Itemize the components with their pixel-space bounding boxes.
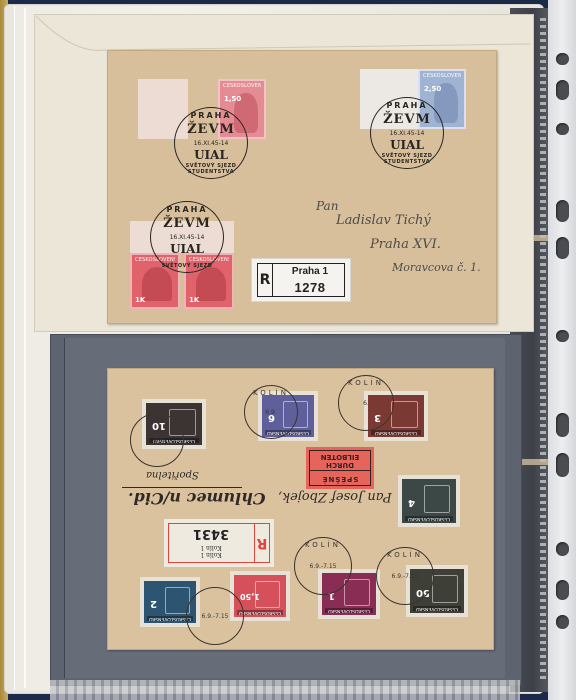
postmark-date: 16.XI.45-14	[151, 234, 223, 241]
stamp-value: 2,50	[424, 85, 441, 93]
punch-hole	[556, 53, 569, 65]
stamp-country: ČESKOSLOVENSKO	[325, 608, 373, 613]
postmark-logo: ŽEVM	[187, 122, 235, 137]
postmark-logo: ŽEVM	[163, 216, 211, 231]
postmark-date: 6.9.	[245, 409, 297, 416]
stamp-country: ČESKOSLOVENSKO	[423, 73, 461, 79]
address-line: Spořitelna	[146, 469, 199, 480]
postmark-city: KOLÍN	[339, 379, 393, 387]
postmark-date: 6.9.-7.15	[187, 613, 243, 620]
postmark-date: 16.XI.45-14	[371, 130, 443, 137]
registration-number: 3431	[171, 526, 251, 541]
stamp-value: 1,50	[240, 592, 260, 601]
postmark-logo: ŽEVM	[383, 112, 431, 127]
soldier-figure	[142, 267, 172, 301]
express-label-czech: SPĚŠNĚ	[310, 475, 370, 483]
postmark-ring-text: SVĚTOVÝ SJEZD	[151, 263, 223, 269]
postmark-ring-text: SVĚTOVÝ SJEZD STUDENTSTVA	[371, 153, 443, 165]
kolin-postmark: 6.9.-7.15	[186, 587, 244, 645]
punch-hole	[556, 413, 569, 437]
registration-office: Kolín 1 Kolín 1	[171, 544, 251, 558]
address-line: Pan Josef Zbojek,	[278, 489, 392, 504]
registration-letter: R	[254, 524, 269, 562]
registration-label: R Praha 1 1278	[251, 258, 351, 302]
postmark-date: 6.9.-7.15	[377, 573, 433, 580]
kolin-postmark: KOLÍN 6.9.	[244, 385, 298, 439]
registration-office: Praha 1	[276, 266, 344, 277]
kolin-postmark: 6.9.45	[130, 413, 184, 467]
punch-hole	[556, 237, 569, 259]
tree-motif	[391, 401, 418, 428]
address-line: Chlumec n/Cid.	[128, 489, 266, 508]
punch-hole	[556, 542, 569, 556]
stamp-green-4[interactable]: 4 ČESKOSLOVENSKO	[398, 475, 460, 527]
commemorative-postmark: PRAHA ŽEVM 16.XI.45-14 UIAL SVĚTOVÝ SJEZ…	[370, 97, 444, 169]
stamp-country: ČESKOSLOVENSKO	[371, 430, 421, 435]
commemorative-postmark: PRAHA ŽEVM 16.XI.45-14 UIAL SVĚTOVÝ SJEZ…	[150, 201, 224, 273]
postmark-city: PRAHA	[175, 111, 247, 120]
postmark-city: PRAHA	[151, 205, 223, 214]
postmark-date: 6.	[339, 400, 393, 407]
stamp-country: ČESKOSLOVENSKO	[413, 606, 461, 611]
address-line: Moravcova č. 1.	[392, 261, 481, 274]
postmark-city: KOLÍN	[295, 541, 351, 549]
stamp-value: 1K	[189, 296, 199, 304]
address-underline	[122, 487, 242, 488]
address-line: Praha XVI.	[370, 237, 441, 252]
punch-hole	[556, 330, 569, 342]
express-label: SPĚŠNĚ DURCH EILBOTEN	[306, 447, 374, 489]
postmark-logo: UIAL	[385, 138, 429, 152]
tree-motif	[424, 485, 450, 513]
stamp-value: 1,50	[224, 95, 241, 103]
punch-hole	[556, 580, 569, 600]
stamp-country: ČESKOSLOVENSKO	[223, 83, 261, 89]
stamp-value: 4	[408, 497, 415, 508]
kolin-postmark: KOLÍN 6.9.-7.15	[294, 537, 352, 595]
postmark-ring-text: SVĚTOVÝ SJEZD STUDENTSTVA	[175, 163, 247, 175]
registration-letter: R	[258, 264, 273, 296]
address-line: Ladislav Tichý	[336, 213, 431, 228]
postmark-city: KOLÍN	[377, 551, 433, 559]
postmark-logo: UIAL	[165, 242, 209, 256]
stamp-country: ČESKOSLOVENSKO	[405, 516, 453, 521]
soldier-figure	[196, 267, 226, 301]
kolin-postmark: KOLÍN 6.9.-7.15	[376, 547, 434, 605]
cover-1945-kolin[interactable]: 10 ČESKOSLOVENSKO 6 ČESKOSLOVENSKO 3 ČES…	[107, 368, 494, 650]
punch-hole	[556, 200, 569, 222]
registration-number: 1278	[276, 280, 344, 295]
address-line: Pan	[316, 199, 338, 213]
postmark-date: 6.9.-7.15	[295, 563, 351, 570]
stamp-value: 1K	[135, 296, 145, 304]
punch-hole	[556, 615, 569, 629]
registration-label: R Kolín 1 Kolín 1 3431	[164, 519, 274, 567]
commemorative-postmark: PRAHA ŽEVM 16.XI.45-14 UIAL SVĚTOVÝ SJEZ…	[174, 107, 248, 179]
kolin-postmark: KOLÍN 6.	[338, 375, 394, 431]
tree-motif	[344, 579, 370, 606]
express-label-german: DURCH EILBOTEN	[310, 453, 370, 471]
postmark-city: PRAHA	[371, 101, 443, 110]
stamp-value: 2	[150, 598, 157, 609]
punch-hole	[556, 80, 569, 100]
postmark-city: KOLÍN	[245, 389, 297, 397]
cover-1945-praha[interactable]: ČESKOSLOVENSKO 1,50 ČESKOSLOVENSKO 2,50 …	[107, 50, 497, 324]
punch-hole	[556, 453, 569, 477]
sleeve-bottom-edge	[50, 680, 520, 700]
tree-motif	[432, 575, 458, 603]
postmark-logo: UIAL	[189, 148, 233, 162]
postmark-date: 16.XI.45-14	[175, 140, 247, 147]
postmark-date: 6.9.45	[131, 437, 183, 444]
punch-hole	[556, 123, 569, 135]
punched-binding-strip	[548, 0, 576, 700]
